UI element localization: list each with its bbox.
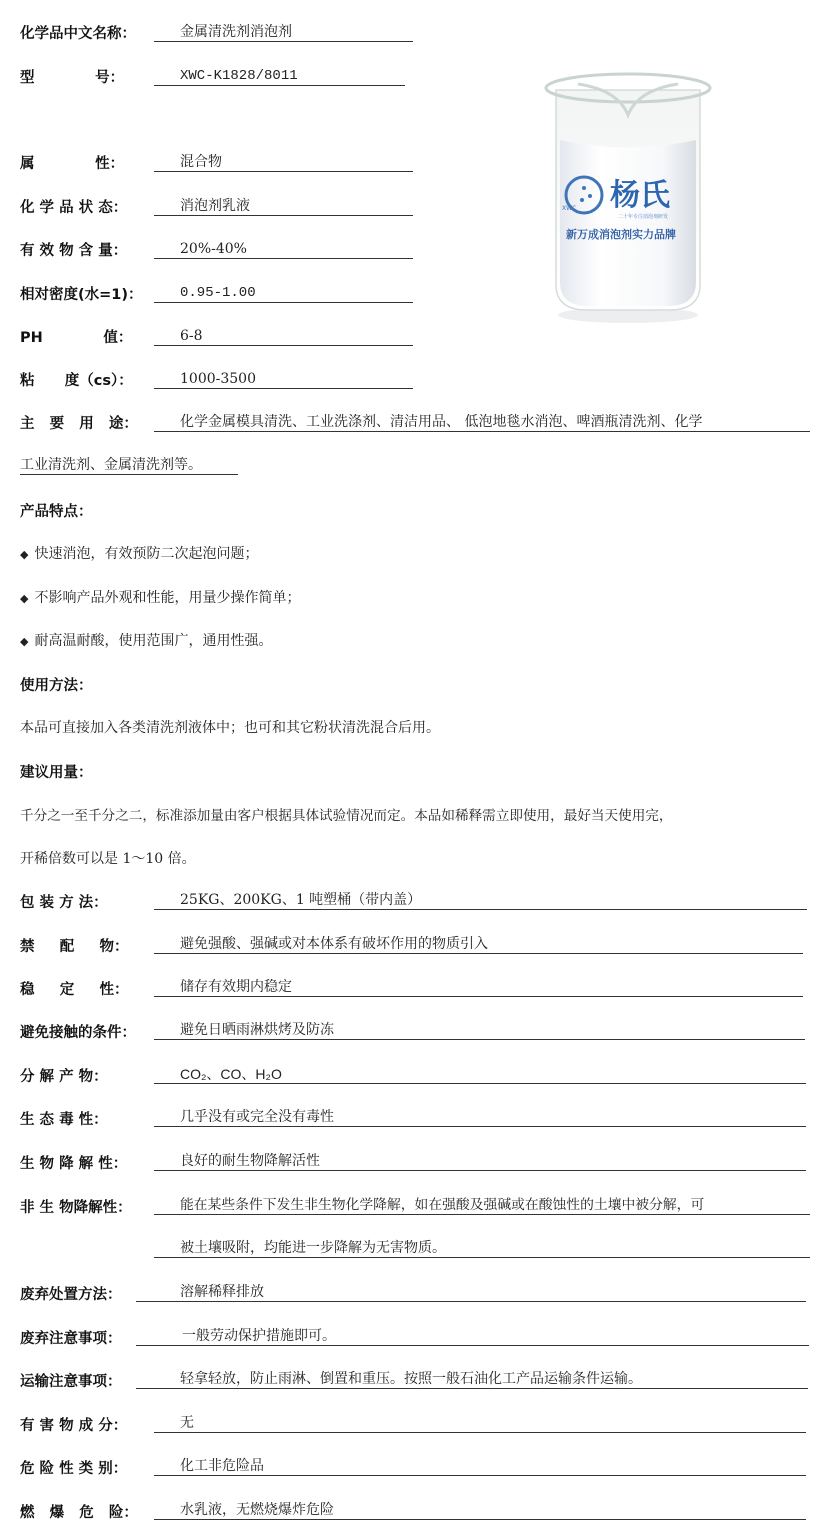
- spec-label: 废弃处置方法：: [20, 1285, 122, 1305]
- features-heading: 产品特点：: [20, 500, 93, 521]
- method-heading: 使用方法：: [20, 674, 93, 695]
- spec-value: 6-8: [154, 326, 413, 346]
- spec-label: 主 要 用 途：: [20, 414, 138, 434]
- spec-value: 几乎没有或完全没有毒性: [154, 1107, 806, 1127]
- dosage-line-1: 千分之一至千分之二，标准添加量由客户根据具体试验情况而定。本品如稀释需立即使用，…: [20, 804, 673, 824]
- spec-value: 良好的耐生物降解活性: [154, 1151, 806, 1171]
- spec-label: 有 效 物 含 量：: [20, 241, 127, 261]
- spec-label: 分 解 产 物：: [20, 1067, 108, 1087]
- spec-label: 生 物 降 解 性：: [20, 1154, 127, 1174]
- spec-value: 化工非危险品: [154, 1456, 806, 1476]
- usage-line-1: 化学金属模具清洗、工业洗涤剂、清洁用品、 低泡地毯水消泡、啤酒瓶清洗剂、化学: [154, 412, 810, 432]
- spec-label: 粘 度（cs）：: [20, 371, 133, 391]
- dosage-heading: 建议用量：: [20, 761, 93, 782]
- spec-value: CO₂、CO、H₂O: [154, 1064, 806, 1084]
- spec-label: 废弃注意事项：: [20, 1329, 122, 1349]
- spec-label: 型 号：: [20, 68, 124, 88]
- beaker-illustration: XWC 杨氏 二十年专注消泡剂研发 新万成消泡剂实力品牌: [538, 60, 718, 330]
- spec-value: 1000-3500: [154, 369, 413, 389]
- usage-line-2: 工业清洗剂、金属清洗剂等。: [20, 455, 238, 475]
- spec-value: 溶解稀释排放: [136, 1282, 806, 1302]
- logo-text: XWC: [562, 205, 576, 212]
- spec-value: 储存有效期内稳定: [154, 977, 803, 997]
- spec-label: 化 学 品 状 态：: [20, 198, 127, 218]
- spec-label: 相对密度(水=1)：: [20, 285, 143, 305]
- spec-value: 混合物: [154, 152, 413, 172]
- spec-value: 轻拿轻放，防止雨淋、倒置和重压。按照一般石油化工产品运输条件运输。: [136, 1369, 808, 1389]
- brand-name: 杨氏: [610, 178, 671, 213]
- spec-label: 化学品中文名称：: [20, 24, 136, 44]
- spec-label: 生 态 毒 性：: [20, 1110, 108, 1130]
- abiotic-line-1: 能在某些条件下发生非生物化学降解，如在强酸及强碱或在酸蚀性的土壤中被分解，可: [154, 1195, 810, 1215]
- brand-tagline: 二十年专注消泡剂研发: [618, 213, 668, 220]
- spec-value: 20%-40%: [154, 239, 413, 259]
- brand-slogan: 新万成消泡剂实力品牌: [566, 227, 676, 241]
- spec-label: 非 生 物降解性：: [20, 1198, 132, 1218]
- spec-label: 稳 定 性：: [20, 980, 128, 1000]
- spec-label: 包 装 方 法：: [20, 893, 108, 913]
- spec-value: 避免日晒雨淋烘烤及防冻: [154, 1020, 805, 1040]
- spec-value: 水乳液，无燃烧爆炸危险: [154, 1500, 806, 1520]
- spec-value: 金属清洗剂消泡剂: [154, 22, 413, 42]
- spec-value: 25KG、200KG、1 吨塑桶（带内盖）: [154, 890, 807, 910]
- abiotic-line-2: 被土壤吸附，均能进一步降解为无害物质。: [154, 1238, 810, 1258]
- feature-item: 不影响产品外观和性能，用量少操作简单；: [20, 587, 300, 607]
- feature-item: 快速消泡，有效预防二次起泡问题；: [20, 543, 258, 563]
- spec-value: 无: [154, 1413, 806, 1433]
- dosage-line-2: 开稀倍数可以是 1～10 倍。: [20, 848, 196, 868]
- spec-value: 避免强酸、强碱或对本体系有破坏作用的物质引入: [154, 934, 803, 954]
- spec-label: 危 险 性 类 别：: [20, 1459, 127, 1479]
- spec-label: 属 性：: [20, 154, 124, 174]
- spec-label: 燃 爆 危 险：: [20, 1503, 138, 1523]
- feature-item: 耐高温耐酸，使用范围广，通用性强。: [20, 630, 272, 650]
- spec-value: 消泡剂乳液: [154, 196, 413, 216]
- spec-label: 避免接触的条件：: [20, 1023, 136, 1043]
- spec-label: 运输注意事项：: [20, 1372, 122, 1392]
- spec-label: 禁 配 物：: [20, 937, 128, 957]
- spec-label: PH 值：: [20, 328, 132, 348]
- spec-label: 有 害 物 成 分：: [20, 1416, 127, 1436]
- spec-value: 0.95-1.00: [154, 283, 413, 303]
- spec-value: 一般劳动保护措施即可。: [136, 1326, 809, 1346]
- spec-value: XWC-K1828/8011: [154, 66, 405, 86]
- product-image: XWC 杨氏 二十年专注消泡剂研发 新万成消泡剂实力品牌: [538, 60, 718, 330]
- method-text: 本品可直接加入各类清洗剂液体中；也可和其它粉状清洗混合后用。: [20, 717, 440, 737]
